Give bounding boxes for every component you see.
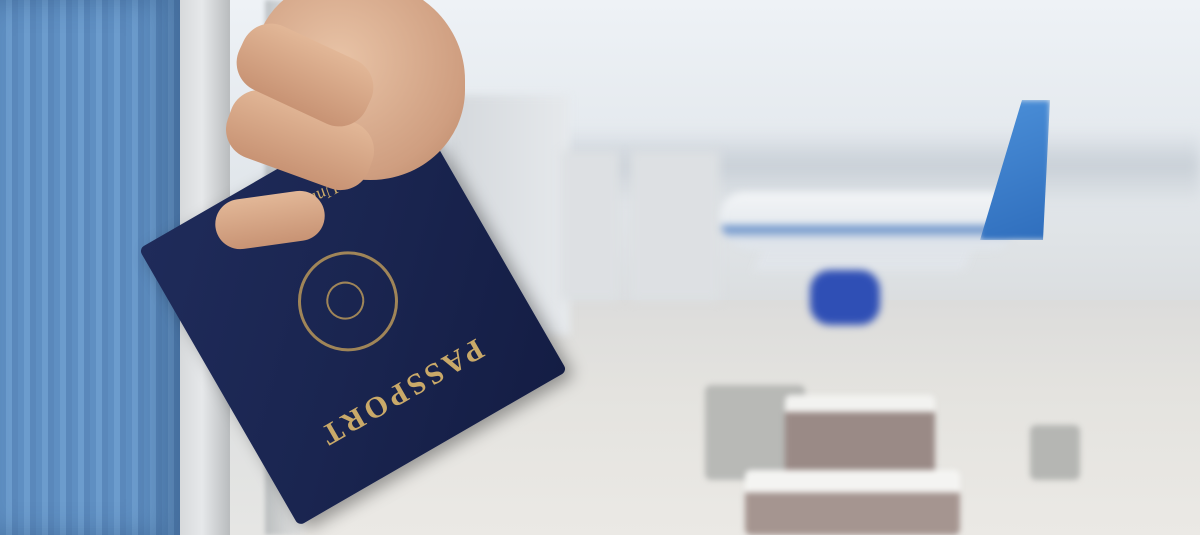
photo-scene: PASSPORT United States — [0, 0, 1200, 535]
airplane-engine — [810, 270, 880, 325]
eagle-seal-icon — [280, 233, 417, 370]
jet-bridge — [630, 150, 720, 300]
thumb — [212, 188, 328, 253]
hand — [215, 0, 475, 250]
ground-equipment — [1030, 425, 1080, 480]
jet-bridge — [560, 150, 620, 300]
baggage-cart — [745, 470, 960, 535]
baggage-cart — [785, 395, 935, 480]
airplane-fuselage — [720, 192, 1010, 250]
